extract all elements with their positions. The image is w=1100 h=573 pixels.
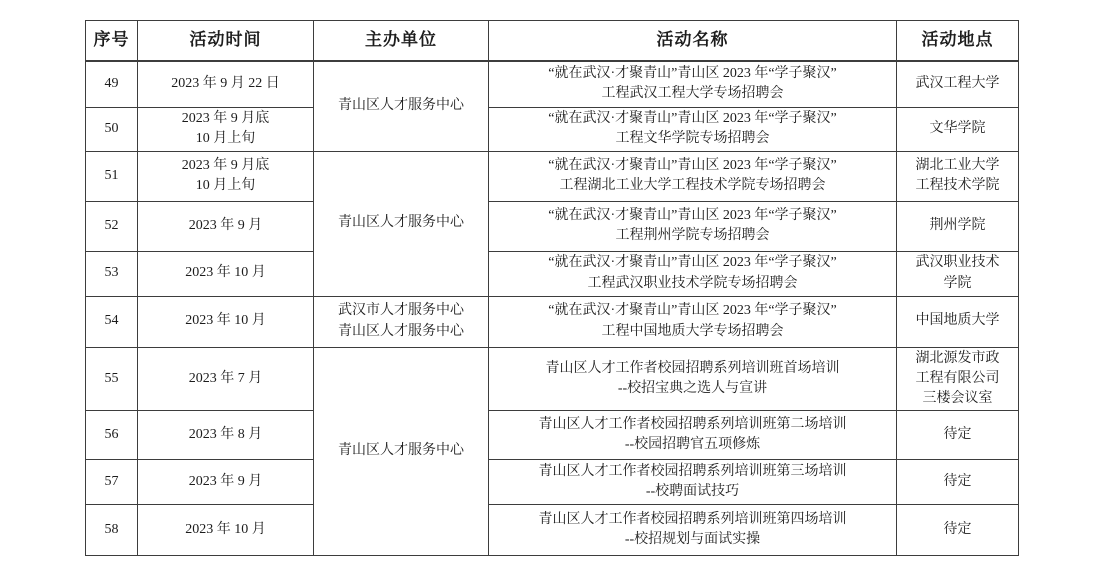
table-row: 54 2023 年 10 月 武汉市人才服务中心 青山区人才服务中心 “就在武汉… — [86, 296, 1019, 347]
time-cell: 2023 年 8 月 — [138, 411, 314, 460]
name-cell: “就在武汉·才聚青山”青山区 2023 年“学子聚汉” 工程武汉工程大学专场招聘… — [489, 61, 897, 108]
location-cell: 待定 — [897, 505, 1019, 556]
location-cell: 待定 — [897, 460, 1019, 505]
name-cell: “就在武汉·才聚青山”青山区 2023 年“学子聚汉” 工程文华学院专场招聘会 — [489, 108, 897, 152]
table-row: 58 2023 年 10 月 青山区人才工作者校园招聘系列培训班第四场培训 --… — [86, 505, 1019, 556]
time-cell: 2023 年 10 月 — [138, 251, 314, 296]
header-organizer: 主办单位 — [314, 21, 489, 61]
name-cell: “就在武汉·才聚青山”青山区 2023 年“学子聚汉” 工程湖北工业大学工程技术… — [489, 151, 897, 201]
name-cell: “就在武汉·才聚青山”青山区 2023 年“学子聚汉” 工程荆州学院专场招聘会 — [489, 201, 897, 251]
table-row: 49 2023 年 9 月 22 日 青山区人才服务中心 “就在武汉·才聚青山”… — [86, 61, 1019, 108]
time-cell: 2023 年 9 月底 10 月上旬 — [138, 151, 314, 201]
organizer-cell: 青山区人才服务中心 — [314, 151, 489, 296]
location-cell: 荆州学院 — [897, 201, 1019, 251]
table-row: 52 2023 年 9 月 “就在武汉·才聚青山”青山区 2023 年“学子聚汉… — [86, 201, 1019, 251]
table-row: 57 2023 年 9 月 青山区人才工作者校园招聘系列培训班第三场培训 --校… — [86, 460, 1019, 505]
name-cell: “就在武汉·才聚青山”青山区 2023 年“学子聚汉” 工程中国地质大学专场招聘… — [489, 296, 897, 347]
location-cell: 湖北源发市政 工程有限公司 三楼会议室 — [897, 347, 1019, 411]
serial-cell: 49 — [86, 61, 138, 108]
time-cell: 2023 年 10 月 — [138, 505, 314, 556]
header-row: 序号 活动时间 主办单位 活动名称 活动地点 — [86, 21, 1019, 61]
serial-cell: 54 — [86, 296, 138, 347]
header-name: 活动名称 — [489, 21, 897, 61]
name-cell: “就在武汉·才聚青山”青山区 2023 年“学子聚汉” 工程武汉职业技术学院专场… — [489, 251, 897, 296]
serial-cell: 58 — [86, 505, 138, 556]
name-cell: 青山区人才工作者校园招聘系列培训班第四场培训 --校招规划与面试实操 — [489, 505, 897, 556]
serial-cell: 56 — [86, 411, 138, 460]
table-row: 56 2023 年 8 月 青山区人才工作者校园招聘系列培训班第二场培训 --校… — [86, 411, 1019, 460]
table-row: 51 2023 年 9 月底 10 月上旬 青山区人才服务中心 “就在武汉·才聚… — [86, 151, 1019, 201]
time-cell: 2023 年 9 月底 10 月上旬 — [138, 108, 314, 152]
location-cell: 中国地质大学 — [897, 296, 1019, 347]
header-time: 活动时间 — [138, 21, 314, 61]
time-cell: 2023 年 10 月 — [138, 296, 314, 347]
name-cell: 青山区人才工作者校园招聘系列培训班第三场培训 --校聘面试技巧 — [489, 460, 897, 505]
time-cell: 2023 年 9 月 22 日 — [138, 61, 314, 108]
serial-cell: 52 — [86, 201, 138, 251]
time-cell: 2023 年 9 月 — [138, 460, 314, 505]
header-location: 活动地点 — [897, 21, 1019, 61]
table-row: 53 2023 年 10 月 “就在武汉·才聚青山”青山区 2023 年“学子聚… — [86, 251, 1019, 296]
header-serial: 序号 — [86, 21, 138, 61]
serial-cell: 55 — [86, 347, 138, 411]
events-table: 序号 活动时间 主办单位 活动名称 活动地点 49 2023 年 9 月 22 … — [85, 20, 1019, 556]
location-cell: 待定 — [897, 411, 1019, 460]
serial-cell: 51 — [86, 151, 138, 201]
organizer-cell: 青山区人才服务中心 — [314, 347, 489, 556]
location-cell: 湖北工业大学 工程技术学院 — [897, 151, 1019, 201]
table-row: 55 2023 年 7 月 青山区人才服务中心 青山区人才工作者校园招聘系列培训… — [86, 347, 1019, 411]
time-cell: 2023 年 7 月 — [138, 347, 314, 411]
events-table-container: 序号 活动时间 主办单位 活动名称 活动地点 49 2023 年 9 月 22 … — [85, 20, 1019, 556]
table-row: 50 2023 年 9 月底 10 月上旬 “就在武汉·才聚青山”青山区 202… — [86, 108, 1019, 152]
serial-cell: 53 — [86, 251, 138, 296]
location-cell: 武汉工程大学 — [897, 61, 1019, 108]
serial-cell: 57 — [86, 460, 138, 505]
organizer-cell: 青山区人才服务中心 — [314, 61, 489, 152]
serial-cell: 50 — [86, 108, 138, 152]
name-cell: 青山区人才工作者校园招聘系列培训班首场培训 --校招宝典之选人与宣讲 — [489, 347, 897, 411]
name-cell: 青山区人才工作者校园招聘系列培训班第二场培训 --校园招聘官五项修炼 — [489, 411, 897, 460]
location-cell: 文华学院 — [897, 108, 1019, 152]
location-cell: 武汉职业技术 学院 — [897, 251, 1019, 296]
organizer-cell: 武汉市人才服务中心 青山区人才服务中心 — [314, 296, 489, 347]
page: { "table": { "headers": ["序号", "活动时间", "… — [0, 0, 1100, 573]
time-cell: 2023 年 9 月 — [138, 201, 314, 251]
